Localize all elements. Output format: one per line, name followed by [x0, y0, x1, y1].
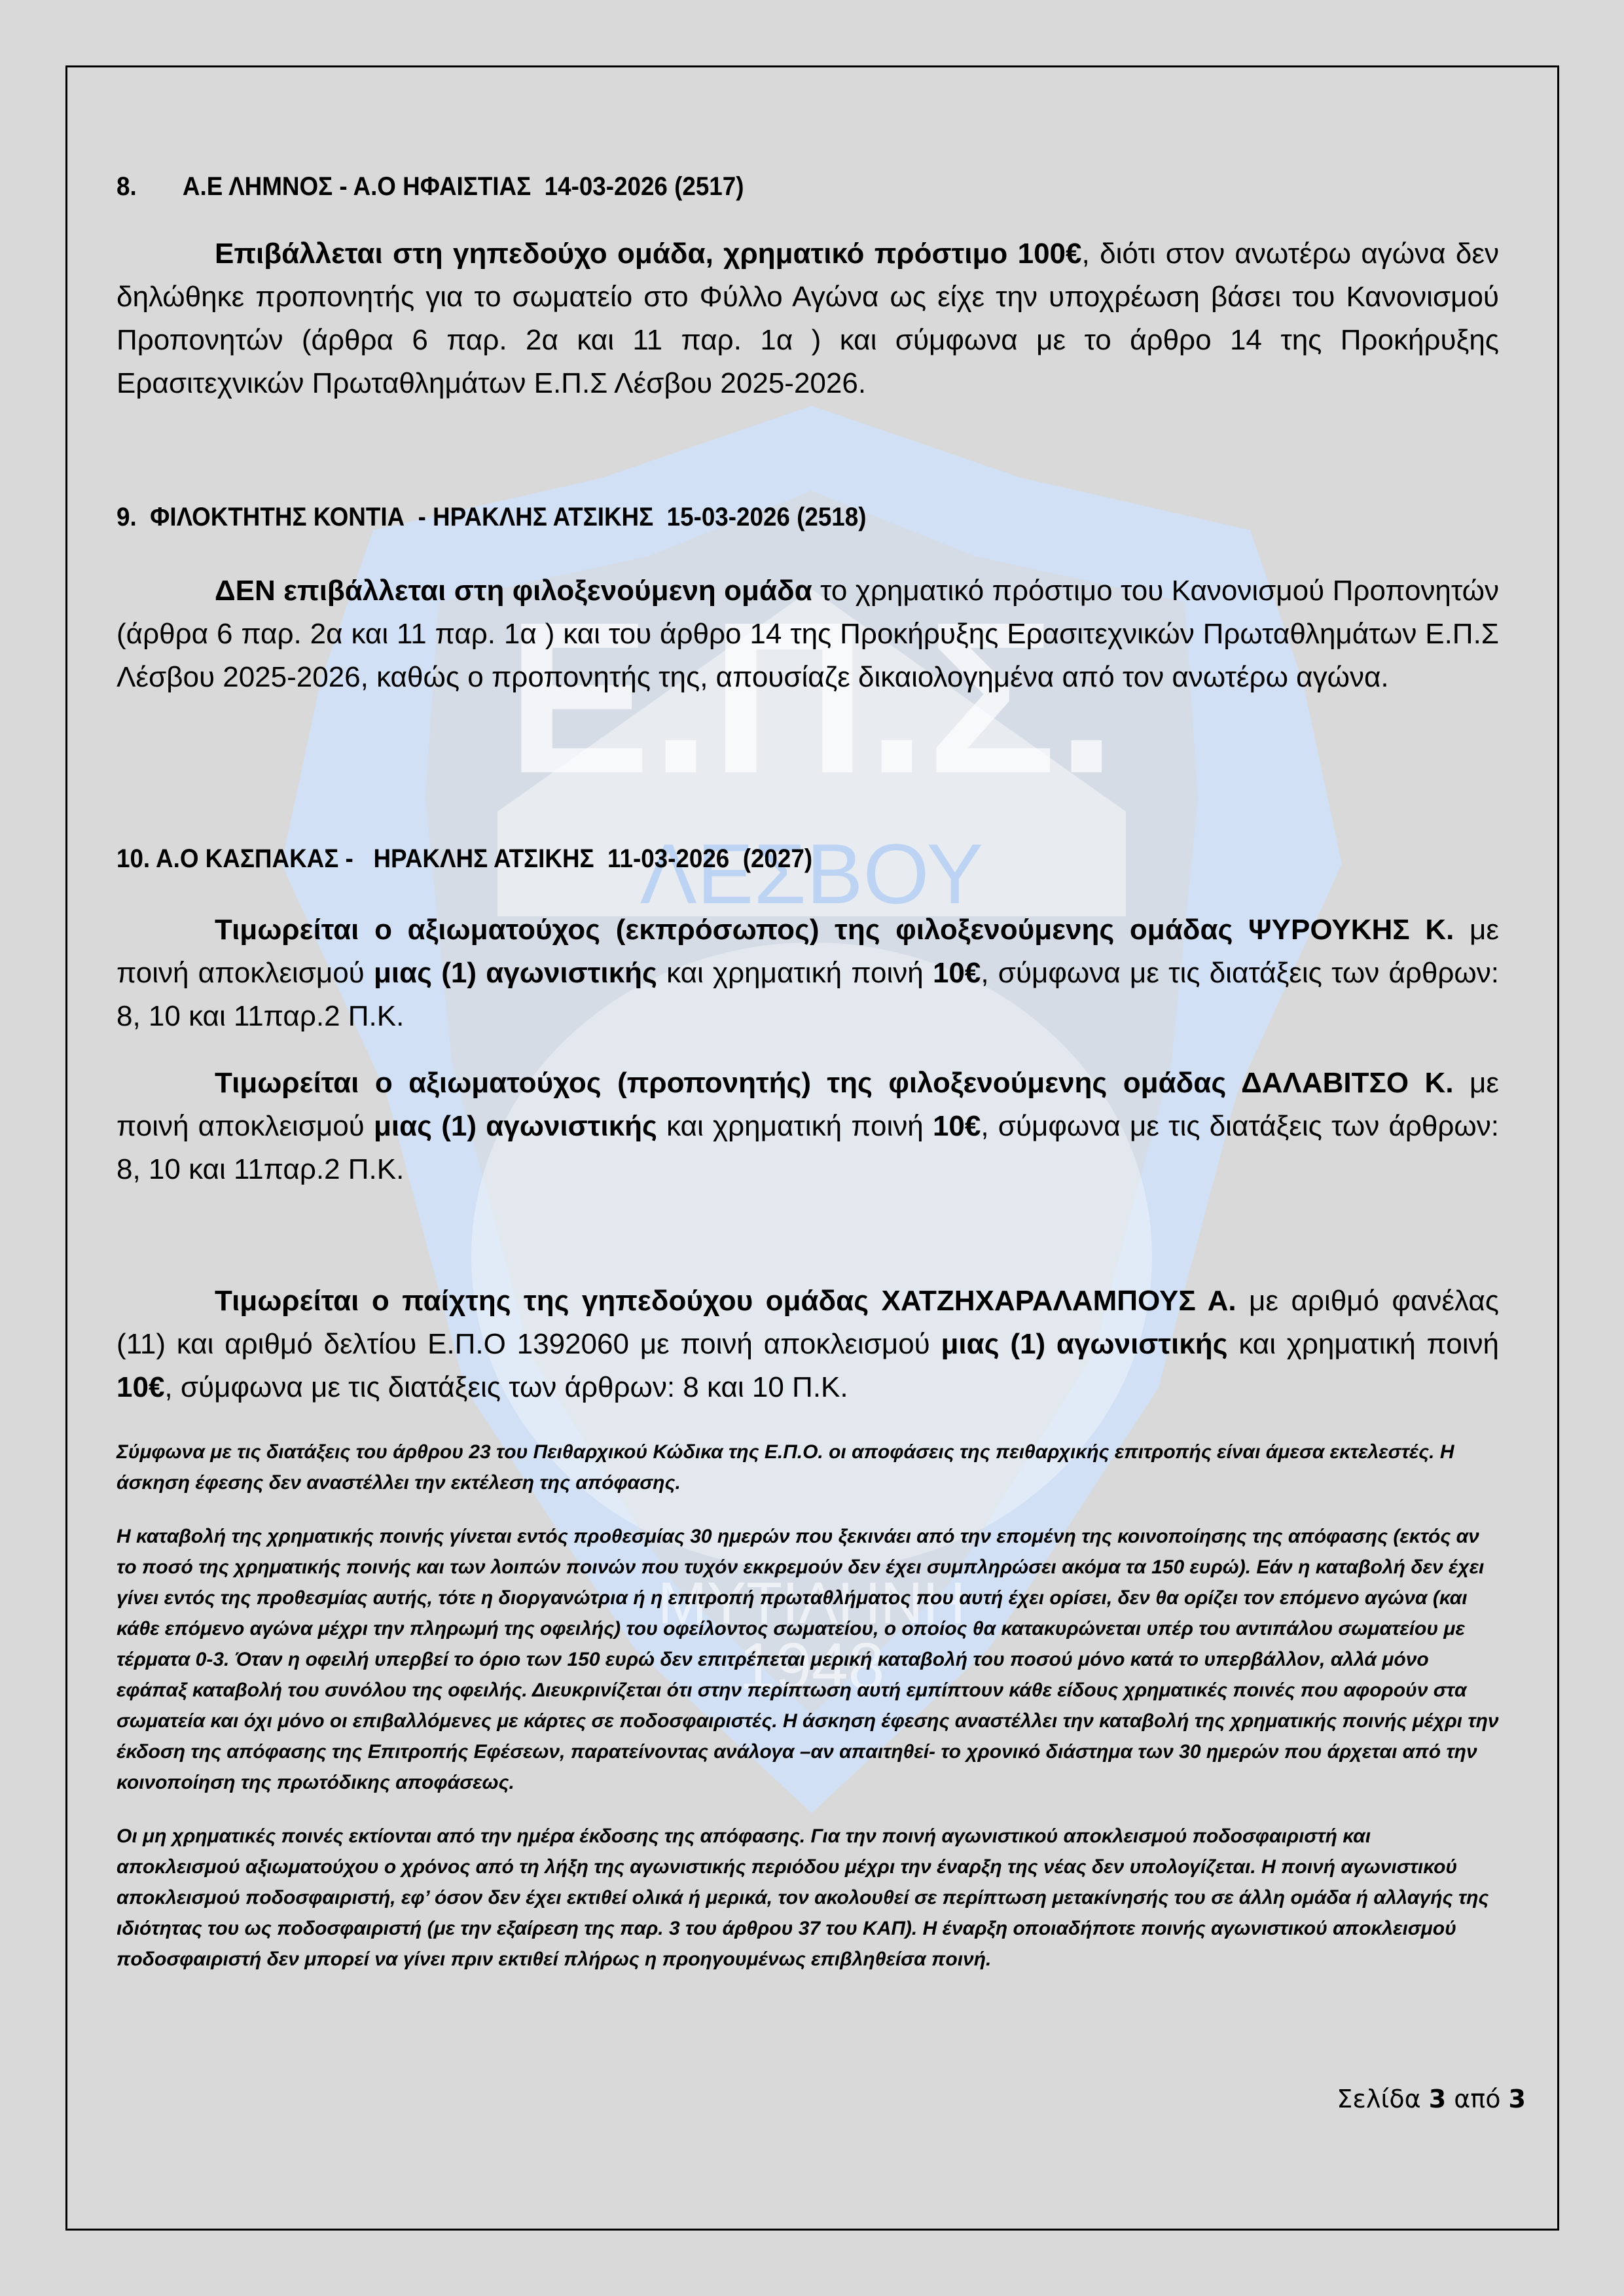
- case-10-decision-1: Τιμωρείται ο αξιωματούχος (εκπρόσωπος) τ…: [117, 908, 1499, 1038]
- page-number: Σελίδα 3 από 3: [1337, 2085, 1526, 2113]
- note-appeal-execution: Σύμφωνα με τις διατάξεις του άρθρου 23 τ…: [117, 1437, 1499, 1498]
- note-fine-payment: Η καταβολή της χρηματικής ποινής γίνεται…: [117, 1521, 1499, 1798]
- case-number: 9.: [117, 503, 137, 531]
- case-8-title: 8. Α.Ε ΛΗΜΝΟΣ - Α.Ο ΗΦΑΙΣΤΙΑΣ 14-03-2026…: [117, 172, 744, 202]
- note-non-monetary-penalties: Οι μη χρηματικές ποινές εκτίονται από τη…: [117, 1821, 1499, 1975]
- case-10-decision-3: Τιμωρείται ο παίχτης της γηπεδούχου ομάδ…: [117, 1280, 1499, 1409]
- case-9-decision: ΔΕΝ επιβάλλεται στη φιλοξενούμενη ομάδα …: [117, 569, 1499, 699]
- case-10-title: 10. Α.Ο ΚΑΣΠΑΚΑΣ - ΗΡΑΚΛΗΣ ΑΤΣΙΚΗΣ 11-03…: [117, 844, 812, 874]
- legal-notes: Σύμφωνα με τις διατάξεις του άρθρου 23 τ…: [117, 1437, 1499, 1998]
- case-heading: ΦΙΛΟΚΤΗΤΗΣ ΚΟΝΤΙΑ - ΗΡΑΚΛΗΣ ΑΤΣΙΚΗΣ 15-0…: [150, 503, 866, 531]
- case-heading: Α.Ο ΚΑΣΠΑΚΑΣ - ΗΡΑΚΛΗΣ ΑΤΣΙΚΗΣ 11-03-202…: [156, 844, 812, 873]
- case-number: 10.: [117, 844, 150, 873]
- watermark-region: ΛΕΣΒΟΥ: [640, 826, 983, 922]
- case-10-decision-2: Τιμωρείται ο αξιωματούχος (προπονητής) τ…: [117, 1062, 1499, 1191]
- case-8-decision: Επιβάλλεται στη γηπεδούχο ομάδα, χρηματι…: [117, 232, 1499, 405]
- case-number: 8.: [117, 172, 137, 201]
- case-heading: Α.Ε ΛΗΜΝΟΣ - Α.Ο ΗΦΑΙΣΤΙΑΣ 14-03-2026 (2…: [183, 172, 744, 201]
- case-9-title: 9. ΦΙΛΟΚΤΗΤΗΣ ΚΟΝΤΙΑ - ΗΡΑΚΛΗΣ ΑΤΣΙΚΗΣ 1…: [117, 503, 866, 532]
